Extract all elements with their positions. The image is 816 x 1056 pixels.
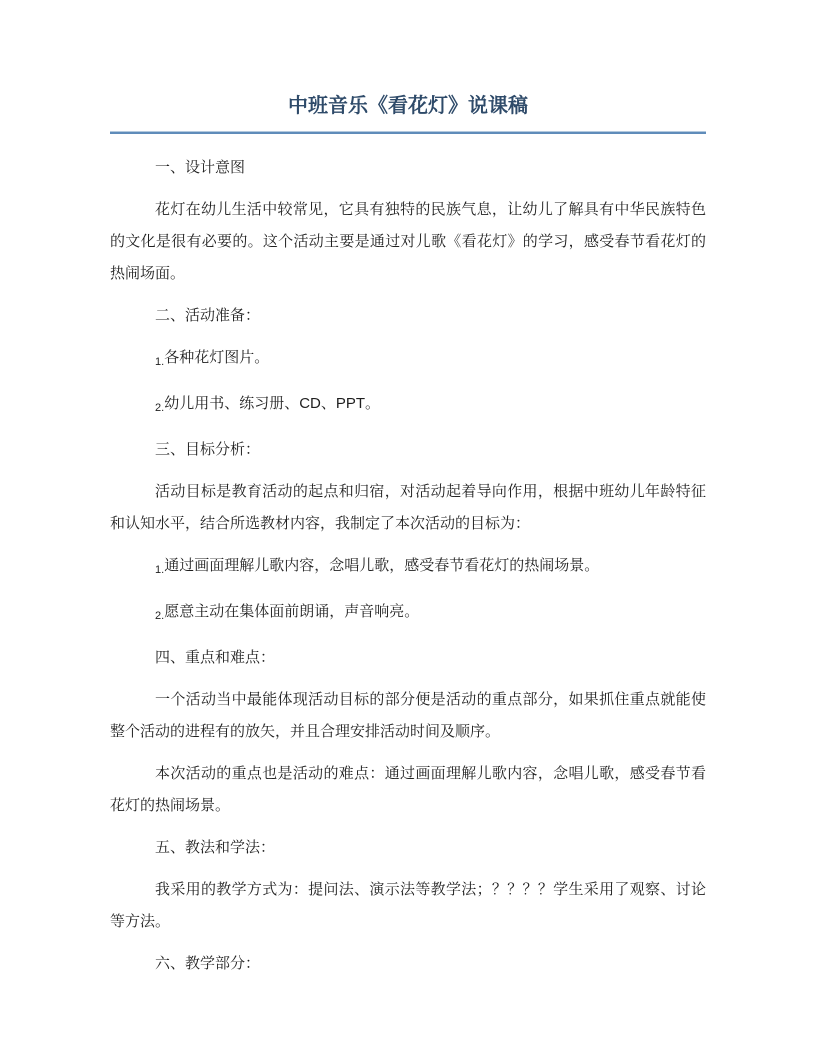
section-heading-preparation: 二、活动准备：: [110, 300, 706, 332]
list-number: 2.: [155, 610, 164, 622]
paragraph-goal-analysis: 活动目标是教育活动的起点和归宿，对活动起着导向作用，根据中班幼儿年龄特征和认知水…: [110, 476, 706, 540]
section-heading-key-points: 四、重点和难点：: [110, 642, 706, 674]
document-body: 一、设计意图 花灯在幼儿生活中较常见，它具有独特的民族气息，让幼儿了解具有中华民…: [110, 152, 706, 980]
paragraph-key-points-1: 一个活动当中最能体现活动目标的部分便是活动的重点部分，如果抓住重点就能使整个活动…: [110, 684, 706, 748]
paragraph-teaching-methods: 我采用的教学方式为：提问法、演示法等教学法；？？？？学生采用了观察、讨论等方法。: [110, 874, 706, 938]
numbered-item-preparation-1: 1.各种花灯图片。: [110, 342, 706, 378]
numbered-item-text: 愿意主动在集体面前朗诵，声音响亮。: [164, 603, 419, 620]
list-number: 1.: [155, 356, 164, 368]
numbered-item-goal-2: 2.愿意主动在集体面前朗诵，声音响亮。: [110, 596, 706, 632]
document-title: 中班音乐《看花灯》说课稿: [110, 92, 706, 120]
section-heading-teaching-part: 六、教学部分：: [110, 948, 706, 980]
paragraph-key-points-2: 本次活动的重点也是活动的难点：通过画面理解儿歌内容，念唱儿歌，感受春节看花灯的热…: [110, 758, 706, 822]
section-heading-teaching-methods: 五、教法和学法：: [110, 832, 706, 864]
numbered-item-preparation-2: 2.幼儿用书、练习册、CD、PPT。: [110, 388, 706, 424]
numbered-item-text: 各种花灯图片。: [164, 349, 269, 366]
numbered-item-text: 通过画面理解儿歌内容，念唱儿歌，感受春节看花灯的热闹场景。: [164, 557, 599, 574]
numbered-item-goal-1: 1.通过画面理解儿歌内容，念唱儿歌，感受春节看花灯的热闹场景。: [110, 550, 706, 586]
list-number: 1.: [155, 564, 164, 576]
list-number: 2.: [155, 402, 164, 414]
document-page: 中班音乐《看花灯》说课稿 一、设计意图 花灯在幼儿生活中较常见，它具有独特的民族…: [0, 0, 816, 1056]
section-heading-goal-analysis: 三、目标分析：: [110, 434, 706, 466]
numbered-item-text: 幼儿用书、练习册、CD、PPT。: [164, 395, 380, 412]
title-divider: [110, 132, 706, 134]
paragraph-design-intent: 花灯在幼儿生活中较常见，它具有独特的民族气息，让幼儿了解具有中华民族特色的文化是…: [110, 194, 706, 290]
section-heading-design-intent: 一、设计意图: [110, 152, 706, 184]
